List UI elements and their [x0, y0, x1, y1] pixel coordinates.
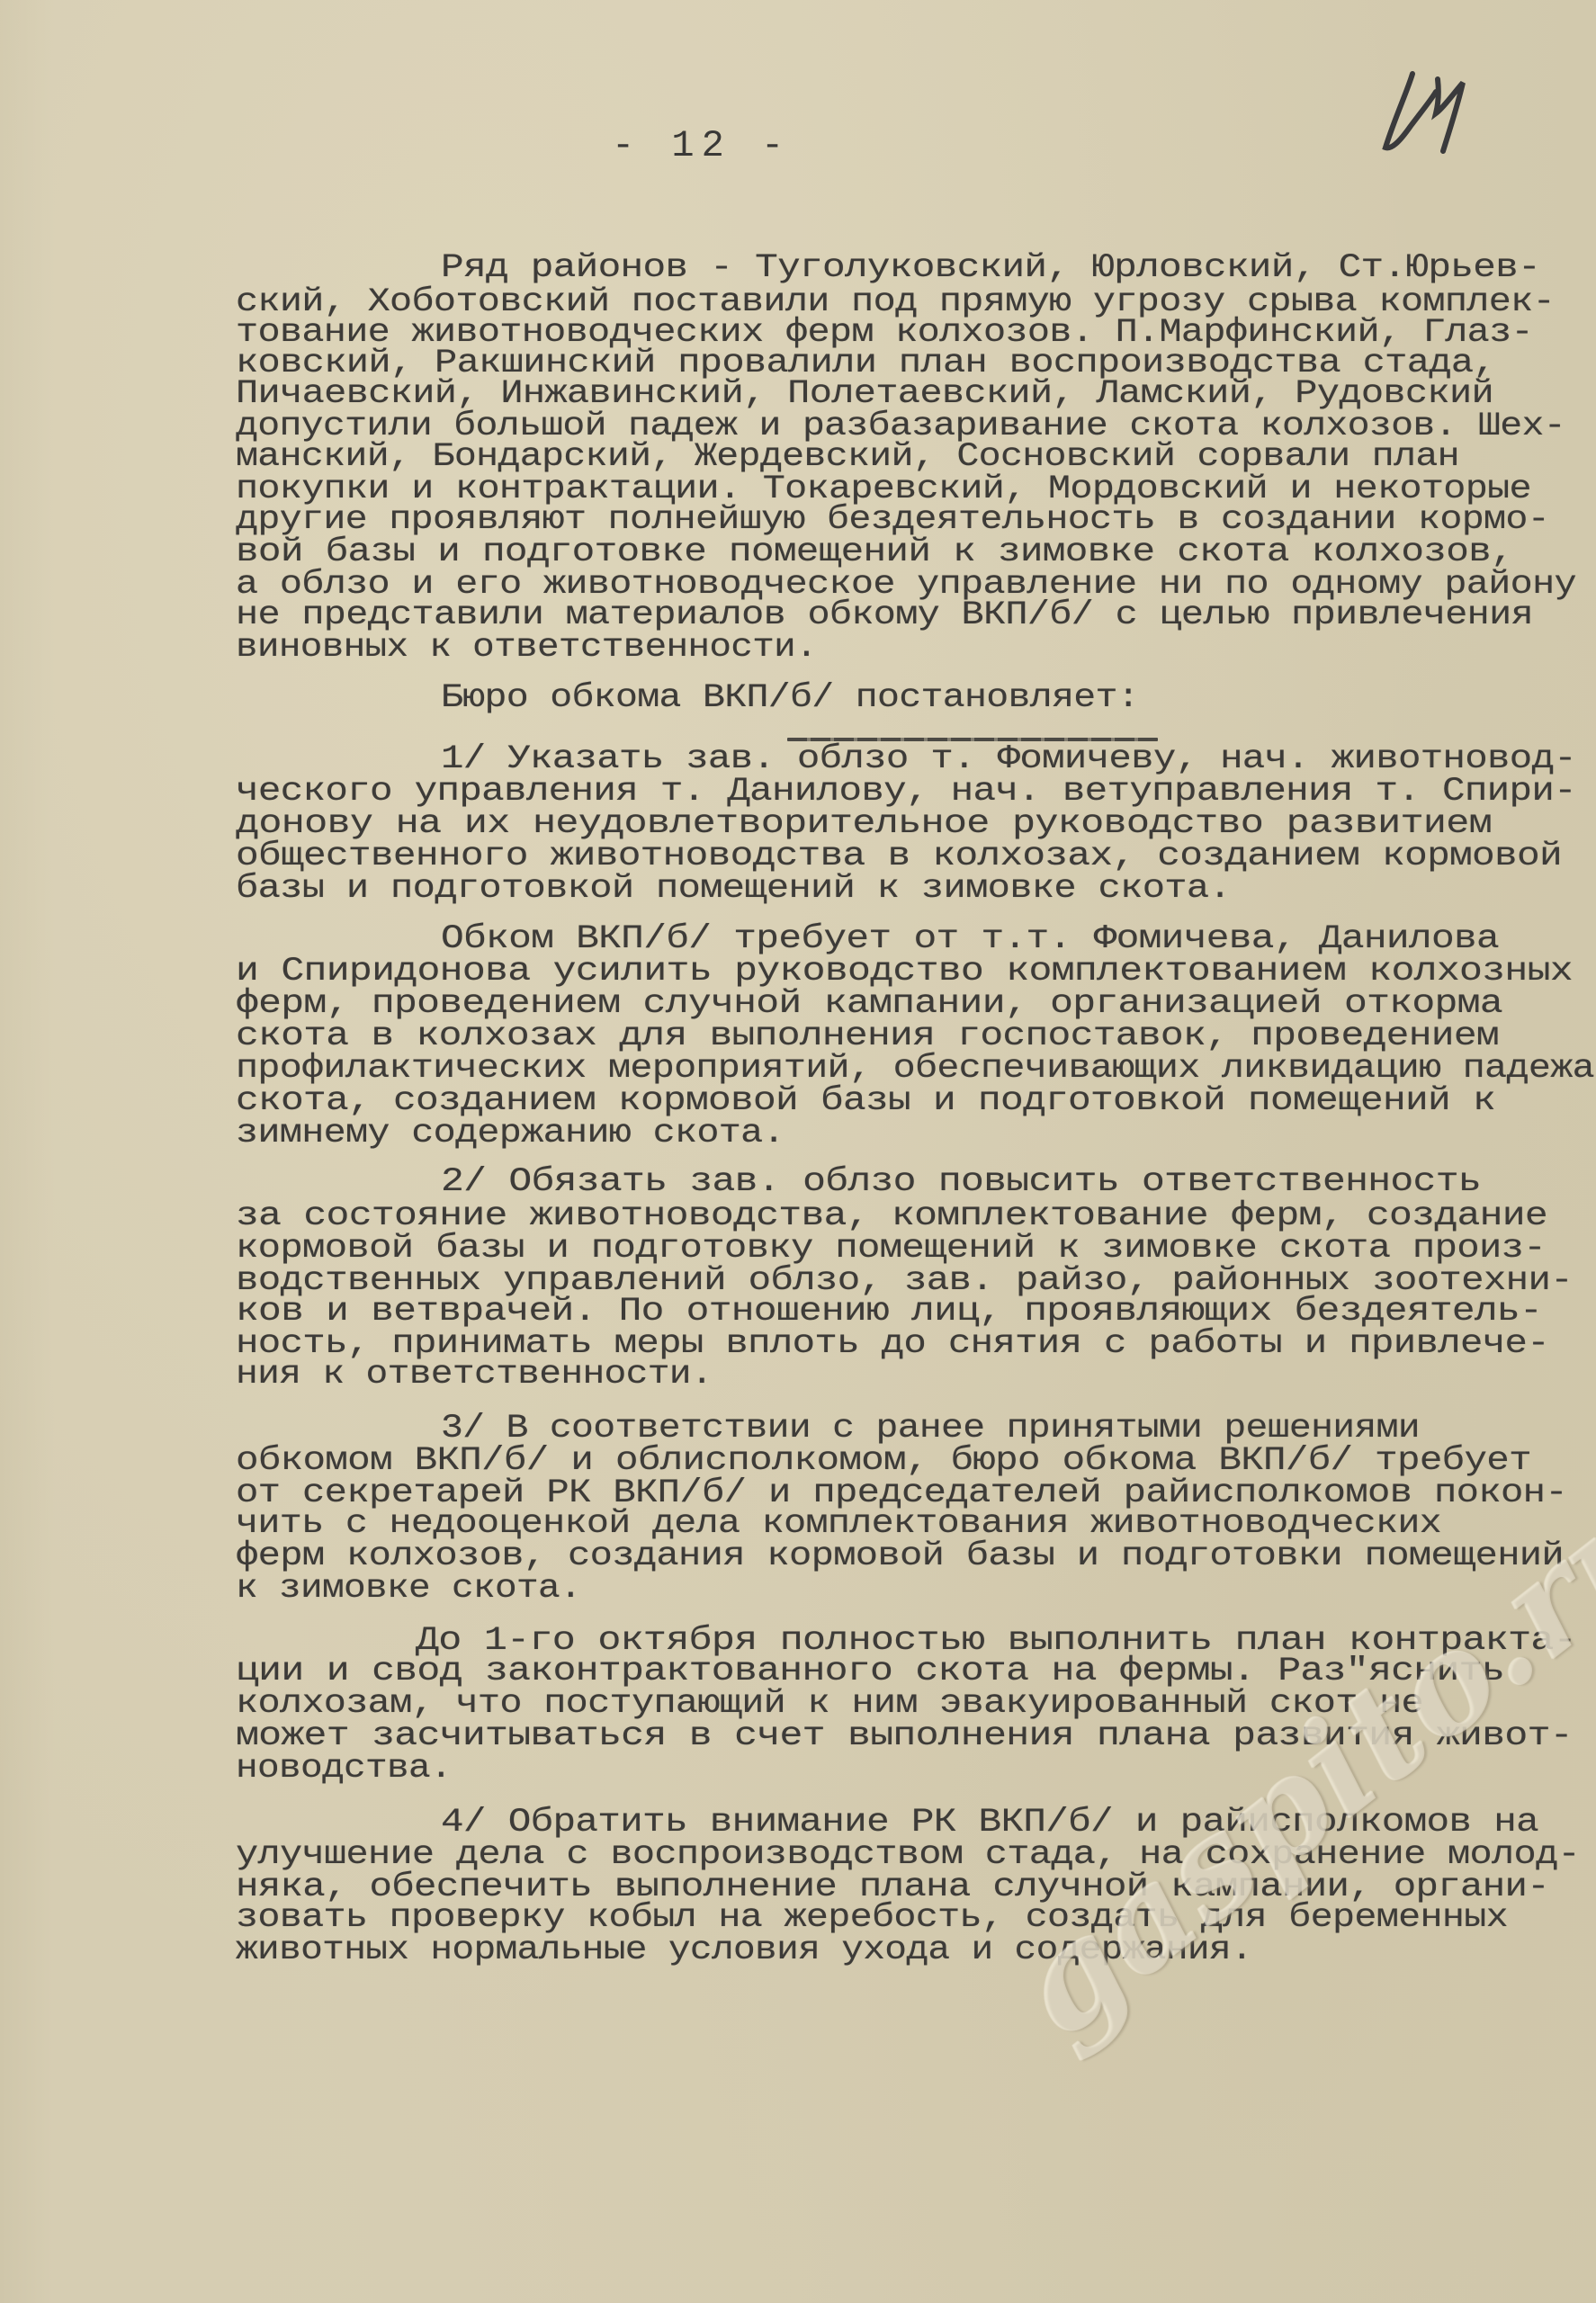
text-line: Обком ВКП/б/ требует от т.т. Фомичева, Д… [441, 923, 1499, 956]
text-line: скота в колхозах для выполнения госпоста… [236, 1020, 1499, 1053]
text-line: новодства. [236, 1752, 452, 1786]
text-line: 3/ В соответствии с ранее принятыми реше… [441, 1412, 1420, 1446]
text-line: не представили материалов обкому ВКП/б/ … [236, 599, 1533, 632]
text-line: чить с недооценкой дела комплектования ж… [236, 1508, 1441, 1541]
text-line: базы и подготовкой помещений к зимовке с… [236, 873, 1231, 906]
heading-underline [787, 738, 1158, 741]
text-line: ции и свод законтрактованного скота на ф… [236, 1655, 1504, 1689]
handwritten-folio-number: 14 [1375, 65, 1474, 164]
text-line: виновных к ответственности. [236, 632, 817, 665]
text-line: ков и ветврачей. По отношению лиц, прояв… [236, 1295, 1542, 1329]
resolution-heading: Бюро обкома ВКП/б/ постановляет: [441, 682, 1139, 715]
document-page: - 12 - 14 Ряд районов - Туголуковский, Ю… [0, 0, 1596, 2303]
text-line: ферм колхозов, создания кормовой базы и … [236, 1540, 1564, 1573]
text-line: вой базы и подготовке помещений к зимовк… [236, 536, 1513, 569]
text-line: донову на их неудовлетворительное руково… [236, 808, 1492, 841]
text-line: колхозам, что поступающий к ним эвакуиро… [236, 1688, 1423, 1721]
text-line: другие проявляют полнейшую бездеятельнос… [236, 504, 1549, 537]
text-line: общественного животноводства в колхозах,… [236, 840, 1562, 874]
text-line: обкомом ВКП/б/ и облисполкомом, бюро обк… [236, 1445, 1531, 1478]
text-line: к зимовке скота. [236, 1573, 581, 1606]
page-number: - 12 - [612, 124, 791, 167]
text-line: улучшение дела с воспроизводством стада,… [236, 1839, 1580, 1872]
text-line: за состояние животноводства, комплектова… [236, 1200, 1547, 1233]
text-line: манский, Бондарский, Жердевский, Сосновс… [236, 441, 1459, 474]
text-line: ферм, проведением случной кампании, орга… [236, 988, 1502, 1021]
text-line: ческого управления т. Данилову, нач. вет… [236, 775, 1576, 809]
text-line: 2/ Обязать зав. облзо повысить ответстве… [441, 1166, 1481, 1199]
text-line: скота, созданием кормовой базы и подгото… [236, 1085, 1495, 1118]
text-line: зимнему содержанию скота. [236, 1117, 785, 1151]
text-line: кормовой базы и подготовку помещений к з… [236, 1232, 1546, 1266]
text-line: профилактических мероприятий, обеспечива… [236, 1053, 1594, 1086]
text-line: 1/ Указать зав. облзо т. Фомичеву, нач. … [441, 743, 1576, 776]
text-line: зовать проверку кобыл на жеребость, созд… [236, 1902, 1508, 1935]
text-line: ния к ответственности. [236, 1358, 713, 1392]
text-line: Ряд районов - Туголуковский, Юрловский, … [441, 252, 1540, 285]
text-line: Пичаевский, Инжавинский, Полетаевский, Л… [236, 378, 1493, 411]
text-line: и Спиридонова усилить руководство компле… [236, 955, 1573, 989]
